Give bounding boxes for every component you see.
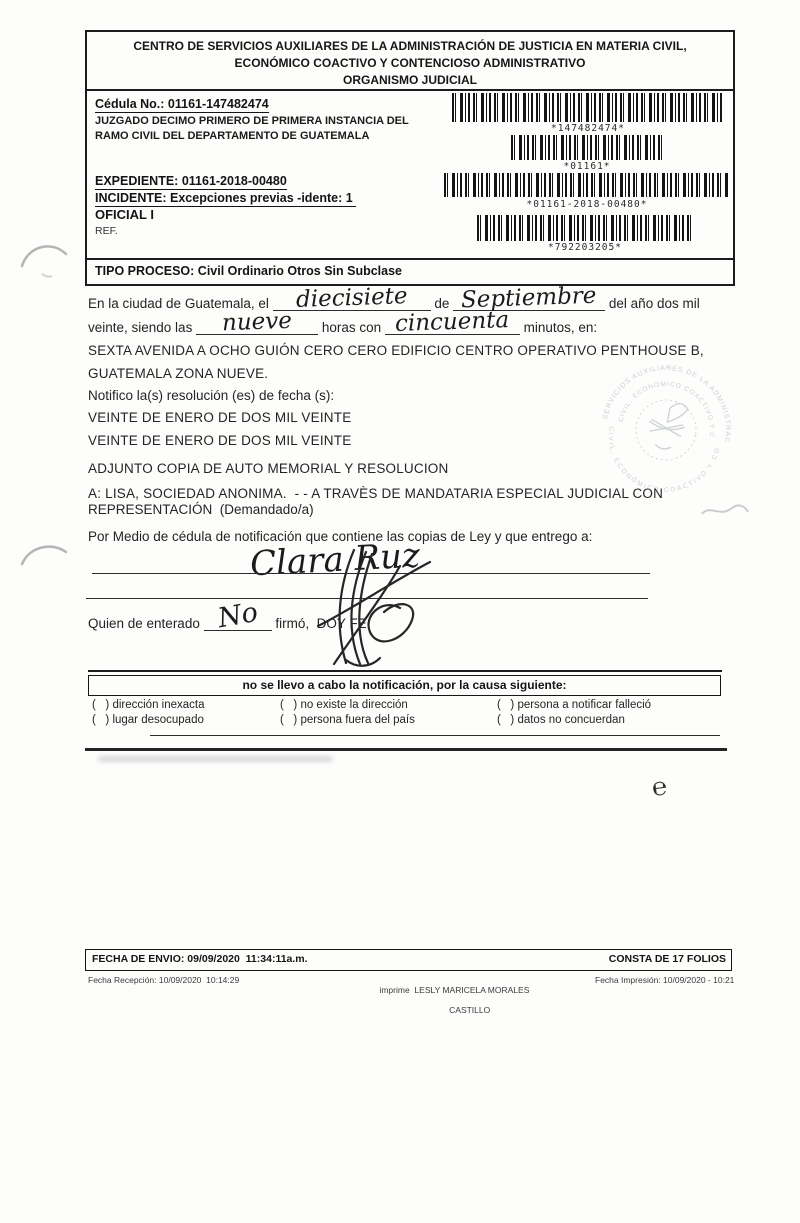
handwritten-hour: nueve <box>222 316 292 328</box>
attachment-line: ADJUNTO COPIA DE AUTO MEMORIAL Y RESOLUC… <box>88 461 448 476</box>
stray-pencil-mark <box>700 498 750 528</box>
official-seal-stamp: SERVICIOS AUXILIARES DE LA ADMINISTRACIÓ… <box>573 337 758 522</box>
fecha-impresion: Fecha Impresión: 10/09/2020 - 10:21 <box>595 975 734 985</box>
failure-table-header: no se llevo a cabo la notificación, por … <box>88 675 721 696</box>
header-box: CENTRO DE SERVICIOS AUXILIARES DE LA ADM… <box>85 30 735 286</box>
failure-option-persona-fallecio: ( ) persona a notificar falleció <box>497 699 651 711</box>
section-thick-rule <box>85 748 727 751</box>
fecha-envio: FECHA DE ENVIO: 09/09/2020 11:34:11a.m. <box>92 953 308 965</box>
resolution-date-1: VEINTE DE ENERO DE DOS MIL VEINTE <box>88 410 351 425</box>
signature-scribble <box>288 548 438 668</box>
barcode-cedula-label: *147482474* <box>452 123 724 134</box>
title-divider <box>87 89 733 91</box>
imprime-name-line-1: LESLY MARICELA MORALES <box>414 985 529 995</box>
court-name-line-2: RAMO CIVIL DEL DEPARTAMENTO DE GUATEMALA <box>95 130 369 142</box>
title-line-2: ECONÓMICO COACTIVO Y CONTENCIOSO ADMINIS… <box>87 56 733 70</box>
handwritten-estimate-mark: ℮ <box>650 771 669 803</box>
resolution-date-2: VEINTE DE ENERO DE DOS MIL VEINTE <box>88 433 351 448</box>
failure-table-top-rule <box>88 670 722 672</box>
pencil-mark-top <box>16 236 76 286</box>
handwritten-day: diecisiete <box>296 291 408 305</box>
tipo-proceso: TIPO PROCESO: Civil Ordinario Otros Sin … <box>95 264 402 278</box>
handwritten-minutes: cincuenta <box>395 315 509 329</box>
pencil-mark-middle <box>18 538 78 578</box>
fecha-recepcion: Fecha Recepción: 10/09/2020 10:14:29 <box>88 975 239 985</box>
intro-line-1: En la ciudad de Guatemala, el diecisiete… <box>88 296 700 311</box>
failure-option-no-existe-direccion: ( ) no existe la dirección <box>280 699 408 711</box>
title-line-3: ORGANISMO JUDICIAL <box>87 73 733 87</box>
stamp-ring-text-bottom: CIVIL, ECONÓMICO COACTIVO Y CONTENCIOSO … <box>573 337 738 503</box>
failure-option-persona-fuera-pais: ( ) persona fuera del país <box>280 714 415 726</box>
imprime-name-line-2: CASTILLO <box>410 1005 529 1015</box>
barcode-court <box>511 135 663 160</box>
field-day: diecisiete <box>273 296 431 311</box>
handwritten-signed-word: No <box>217 609 258 624</box>
barcode-expediente-label: *01161-2018-00480* <box>444 199 730 210</box>
field-hour: nueve <box>196 320 318 335</box>
scan-smudge <box>98 756 333 762</box>
failure-option-lugar-desocupado: ( ) lugar desocupado <box>92 714 204 726</box>
intro-line-2: veinte, siendo las nueve horas con cincu… <box>88 320 597 335</box>
handwritten-month: Septiembre <box>461 291 597 306</box>
notify-label: Notifico la(s) resolución (es) de fecha … <box>88 388 334 403</box>
address-line-2: GUATEMALA ZONA NUEVE. <box>88 366 268 381</box>
failure-option-direccion-inexacta: ( ) dirección inexacta <box>92 699 205 711</box>
barcode-court-label: *01161* <box>511 161 663 172</box>
oficial: OFICIAL I <box>95 207 154 222</box>
ref-label: REF. <box>95 225 118 237</box>
stamp-quetzal-emblem <box>667 402 688 425</box>
barcode-cedula <box>452 93 724 122</box>
consta-folios: CONSTA DE 17 FOLIOS <box>609 953 726 965</box>
scanned-notification-document: CENTRO DE SERVICIOS AUXILIARES DE LA ADM… <box>0 0 800 1223</box>
footer-box: FECHA DE ENVIO: 09/09/2020 11:34:11a.m. … <box>85 949 732 971</box>
barcode-folio <box>477 215 693 241</box>
addressee-line-2: REPRESENTACIÓN (Demandado/a) <box>88 502 314 517</box>
field-minutes: cincuenta <box>385 320 520 335</box>
incidente: INCIDENTE: Excepciones previas -idente: … <box>95 189 356 207</box>
field-signed: No <box>204 616 272 631</box>
cedula-number: Cédula No.: 01161-147482474 <box>95 95 269 113</box>
court-name-line-1: JUZGADO DECIMO PRIMERO DE PRIMERA INSTAN… <box>95 115 409 127</box>
barcode-expediente <box>444 173 730 197</box>
expediente: EXPEDIENTE: 01161-2018-00480 <box>95 172 287 190</box>
barcode-folio-label: *792203205* <box>477 242 693 253</box>
failure-bottom-line <box>150 735 720 736</box>
imprime-label: imprime <box>379 985 409 995</box>
title-line-1: CENTRO DE SERVICIOS AUXILIARES DE LA ADM… <box>87 39 733 53</box>
tipo-proceso-divider <box>87 258 733 260</box>
svg-text:CIVIL, ECONÓMICO COACTIVO Y CO: CIVIL, ECONÓMICO COACTIVO Y CONTENCIOSO … <box>573 337 738 503</box>
failure-option-datos-no-concuerdan: ( ) datos no concuerdan <box>497 714 625 726</box>
imprime-block: imprime LESLY MARICELA MORALES CASTILLO <box>370 975 529 1035</box>
